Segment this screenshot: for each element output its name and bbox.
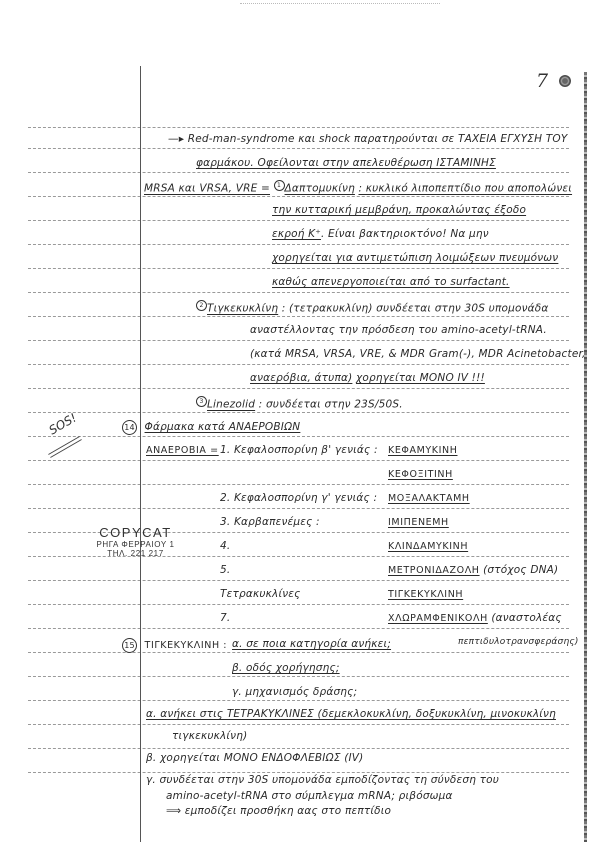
ruled-line: [28, 340, 569, 341]
ruled-line: [28, 628, 569, 629]
stamp-name: COPYCAT: [78, 525, 193, 540]
ruled-line: [28, 388, 569, 389]
answer-line: ⟹ εμποδίζει προσθήκη αας στο πεπτίδιο: [166, 805, 391, 818]
item-number: 1: [274, 180, 285, 191]
sos-margin-note: SOS!: [46, 411, 79, 438]
drug-name: ΧΛΩΡΑΜΦΕΝΙΚΟΛΗ: [388, 613, 488, 624]
item-number: 2: [196, 300, 207, 311]
ruled-line: [28, 268, 569, 269]
note-text: : κυκλικό λιποπεπτίδιο που αποπολώνει: [358, 183, 572, 195]
ruled-line: [28, 508, 569, 509]
note-line: την κυτταρική μεμβράνη, προκαλώντας έξοδ…: [272, 204, 526, 217]
answer-line: α. ανήκει στις ΤΕΤΡΑΚΥΚΛΙΝΕΣ (δεμεκλοκυκ…: [146, 708, 556, 721]
section-number: 15: [122, 638, 137, 653]
ruled-line: [28, 460, 569, 461]
drug-class: Κεφαλοσπορίνη γ' γενιάς :: [234, 492, 377, 504]
row-number: 3.: [220, 516, 230, 528]
drug-note: πεπτιδυλοτρανσφεράσης): [458, 636, 579, 649]
section-number: 14: [122, 420, 137, 435]
question: α. σε ποια κατηγορία ανήκει;: [232, 638, 391, 651]
section-15-heading: 15 ΤΙΓΚΕΚΥΚΛΙΝΗ :: [122, 638, 227, 653]
note-text: χορηγείται ΜΟΝΟ IV !!!: [356, 372, 485, 384]
item-number: 3: [196, 396, 207, 407]
stamp-phone: ΤΗΛ. 221 217: [78, 549, 193, 558]
ruled-line: [28, 484, 569, 485]
section-14-heading: 14 Φάρμακα κατά ΑΝΑΕΡΟΒΙΩΝ: [122, 420, 300, 435]
ruled-line: [28, 652, 569, 653]
ruled-line: [28, 412, 569, 413]
section-title: Φάρμακα κατά ΑΝΑΕΡΟΒΙΩΝ: [145, 421, 301, 433]
drug-entry: ΜΕΤΡΟΝΙΔΑΖΟΛΗ (στόχος DNA): [388, 564, 558, 577]
scan-artifact: [240, 3, 440, 4]
answer-line: γ. συνδέεται στην 30S υπομονάδα εμποδίζο…: [146, 774, 499, 787]
ruled-line: [28, 196, 569, 197]
question: β. οδός χορήγησης;: [232, 662, 340, 675]
ruled-line: [28, 172, 569, 173]
note-text: . Είναι βακτηριοκτόνο! Να μην: [321, 228, 489, 240]
stamp-address: ΡΗΓΑ ΦΕΡΡΑΙΟΥ 1: [78, 540, 193, 549]
drug-name: ΚΛΙΝΔΑΜΥΚΙΝΗ: [388, 540, 468, 553]
note-text: : (τετρακυκλίνη) συνδέεται στην 30S υπομ…: [282, 303, 549, 315]
note-line: —▸ Red-man-syndrome και shock παρατηρούν…: [168, 133, 567, 146]
note-text: : συνδέεται στην 23S/50S.: [259, 399, 403, 411]
note-line: 2Τιγκεκυκλίνη : (τετρακυκλίνη) συνδέεται…: [196, 300, 549, 316]
drug-name: ΜΟΞΑΛΑΚΤΑΜΗ: [388, 492, 470, 505]
anaerobe-row: 4.: [220, 540, 230, 553]
ruled-line: [28, 724, 569, 725]
drug-name: Τιγκεκυκλίνη: [207, 303, 278, 315]
notebook-page: 7 —▸ Red-man-syndrome και shock παρατηρο…: [0, 0, 595, 842]
note-line: MRSA και VRSA, VRE = 1Δαπτομυκίνη : κυκλ…: [144, 180, 572, 196]
underline-mark: [48, 436, 80, 455]
ruled-line: [28, 748, 569, 749]
anaerobe-row: 2. Κεφαλοσπορίνη γ' γενιάς :: [220, 492, 377, 505]
note-text: εκροή K⁺: [272, 228, 321, 240]
ruled-line: [28, 292, 569, 293]
drug-class: Καρβαπενέμες :: [234, 516, 320, 528]
ruled-line: [28, 364, 569, 365]
drug-name: ΙΜΙΠΕΝΕΜΗ: [388, 516, 449, 529]
anaerobe-row: 7.: [220, 612, 230, 625]
ruled-line: [28, 148, 569, 149]
note-line: αναερόβια, άτυπα) χορηγείται ΜΟΝΟ IV !!!: [250, 372, 485, 385]
answer-line: τιγκεκυκλίνη): [172, 730, 247, 743]
ruled-line: [28, 700, 569, 701]
page-edge: [584, 72, 587, 842]
drug-name: ΜΕΤΡΟΝΙΔΑΖΟΛΗ: [388, 565, 480, 576]
ruled-line: [28, 127, 569, 128]
ruled-line: [28, 604, 569, 605]
margin-line: [140, 66, 141, 842]
circle-mark-icon: [559, 75, 571, 87]
ruled-line: [28, 676, 569, 677]
ruled-line: [28, 772, 569, 773]
note-line: καθώς απενεργοποιείται από το surfactant…: [272, 276, 510, 289]
drug-note: (στόχος DNA): [483, 564, 558, 576]
drug-name: Δαπτομυκίνη: [285, 183, 355, 195]
drug-name: Linezolid: [207, 399, 255, 411]
row-number: 1.: [220, 444, 230, 456]
ruled-line: [28, 316, 569, 317]
anaerobes-label: ΑΝΑΕΡΟΒΙΑ =: [146, 444, 219, 457]
drug-name: ΤΙΓΚΕΚΥΚΛΙΝΗ: [388, 588, 463, 601]
note-line: φαρμάκου. Οφείλονται στην απελευθέρωση Ι…: [196, 157, 496, 170]
row-number: 2.: [220, 492, 230, 504]
drug-name: ΚΕΦΑΜΥΚΙΝΗ: [388, 444, 458, 457]
note-line: 3Linezolid : συνδέεται στην 23S/50S.: [196, 396, 403, 412]
question: γ. μηχανισμός δράσης;: [232, 686, 357, 699]
ruled-line: [28, 220, 569, 221]
anaerobe-row: 1. Κεφαλοσπορίνη β' γενιάς :: [220, 444, 378, 457]
anaerobe-row: 3. Καρβαπενέμες :: [220, 516, 320, 529]
drug-name: ΚΕΦΟΞΙΤΙΝΗ: [388, 468, 453, 481]
note-line: αναστέλλοντας την πρόσδεση του amino-ace…: [250, 324, 547, 337]
drug-class: Κεφαλοσπορίνη β' γενιάς :: [234, 444, 378, 456]
answer-line: β. χορηγείται ΜΟΝΟ ΕΝΔΟΦΛΕΒΙΩΣ (IV): [146, 752, 363, 765]
anaerobe-row: 5.: [220, 564, 230, 577]
drug-note: (αναστολέας: [491, 612, 561, 624]
underline-mark: [50, 439, 82, 458]
ruled-line: [28, 580, 569, 581]
page-number: 7: [536, 70, 548, 92]
anaerobe-row: Τετρακυκλίνες: [220, 588, 301, 601]
ruled-line: [28, 436, 569, 437]
note-text: αναερόβια, άτυπα): [250, 372, 352, 384]
note-line: χορηγείται για αντιμετώπιση λοιμώξεων πν…: [272, 252, 558, 265]
note-line: (κατά MRSA, VRSA, VRE, & MDR Gram(-), MD…: [250, 348, 586, 361]
section-title: ΤΙΓΚΕΚΥΚΛΙΝΗ :: [145, 640, 228, 651]
note-line: εκροή K⁺. Είναι βακτηριοκτόνο! Να μην: [272, 228, 489, 241]
ruled-line: [28, 244, 569, 245]
copycat-stamp: COPYCAT ΡΗΓΑ ΦΕΡΡΑΙΟΥ 1 ΤΗΛ. 221 217: [78, 525, 193, 558]
note-text: MRSA και VRSA, VRE =: [144, 183, 270, 195]
drug-entry: ΧΛΩΡΑΜΦΕΝΙΚΟΛΗ (αναστολέας: [388, 612, 562, 625]
answer-line: amino-acetyl-tRNA στο σύμπλεγμα mRNA; ρι…: [166, 790, 453, 803]
